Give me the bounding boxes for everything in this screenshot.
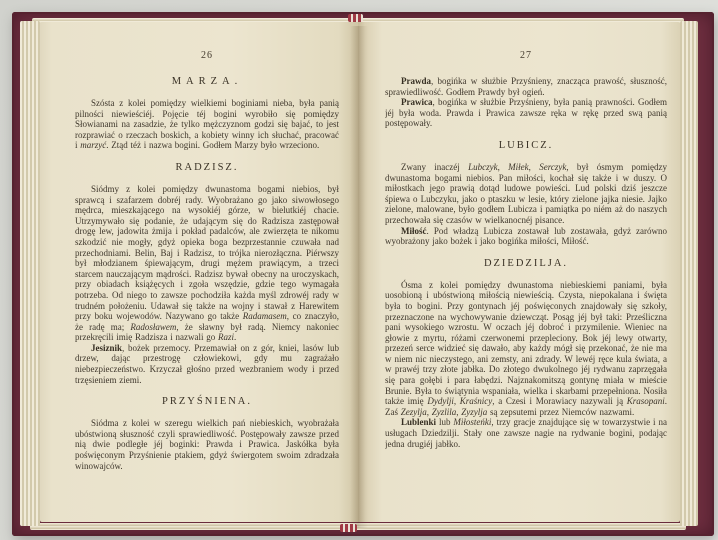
paragraph: Siódmy z kolei pomiędzy dwunastoma bogam… <box>75 184 339 343</box>
paragraph: Prawica, bogińka w służbie Przyśnieny, b… <box>385 97 667 129</box>
page-edges-left <box>20 21 40 526</box>
paragraph: Zwany inaczéj Lubczyk, Miłek, Serczyk, b… <box>385 162 667 226</box>
section-heading: MARZA. <box>75 76 339 87</box>
photo-background: 26 MARZA.Szósta z kolei pomiędzy wielkie… <box>0 0 718 540</box>
left-page-body: MARZA.Szósta z kolei pomiędzy wielkiemi … <box>75 76 339 471</box>
section-heading: DZIEDZILJA. <box>385 258 667 269</box>
page-number-left: 26 <box>75 50 339 61</box>
page-edges-bottom <box>30 523 686 530</box>
book: 26 MARZA.Szósta z kolei pomiędzy wielkie… <box>12 12 714 536</box>
left-page: 26 MARZA.Szósta z kolei pomiędzy wielkie… <box>40 22 358 522</box>
left-page-text: 26 MARZA.Szósta z kolei pomiędzy wielkie… <box>75 50 339 512</box>
paragraph: Jesiznik, bożek przemocy. Przemawiał on … <box>75 343 339 385</box>
page-edges-right <box>680 21 698 526</box>
page-stack: 26 MARZA.Szósta z kolei pomiędzy wielkie… <box>20 18 708 530</box>
paragraph: Prawda, bogińka w służbie Przyśnieny, zn… <box>385 76 667 97</box>
paragraph: Lublenki lub Miłosteńki, trzy gracje zna… <box>385 417 667 449</box>
paragraph: Miłość. Pod władzą Lubicza zostawał lub … <box>385 226 667 247</box>
section-heading: RADZISZ. <box>75 162 339 173</box>
headband-top <box>348 14 363 22</box>
right-page: 27 Prawda, bogińka w służbie Przyśnieny,… <box>358 22 680 522</box>
right-page-text: 27 Prawda, bogińka w służbie Przyśnieny,… <box>385 50 667 512</box>
paragraph: Siódma z kolei w szeregu wielkich pań ni… <box>75 418 339 471</box>
section-heading: LUBICZ. <box>385 140 667 151</box>
paragraph: Ósma z kolei pomiędzy dwunastoma niebies… <box>385 280 667 418</box>
headband-bottom <box>340 524 357 532</box>
page-number-right: 27 <box>385 50 667 61</box>
section-heading: PRZYŚNIENA. <box>75 396 339 407</box>
right-page-body: Prawda, bogińka w służbie Przyśnieny, zn… <box>385 76 667 449</box>
paragraph: Szósta z kolei pomiędzy wielkiemi bogini… <box>75 98 339 151</box>
